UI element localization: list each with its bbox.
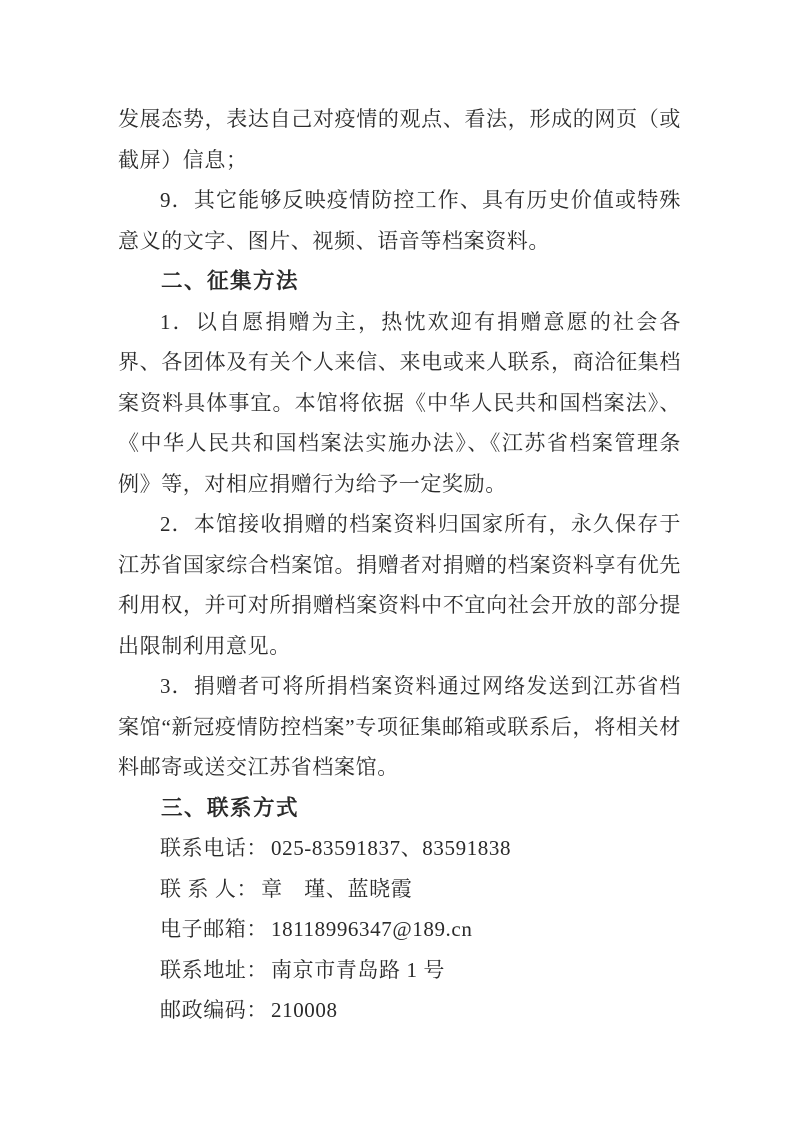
contact-line-email: 电子邮箱：18118996347@189.cn	[118, 909, 681, 950]
paragraph-item-9: 9．其它能够反映疫情防控工作、具有历史价值或特殊意义的文字、图片、视频、语音等档…	[118, 180, 681, 261]
section-heading-collection-method: 二、征集方法	[118, 261, 681, 302]
paragraph-webpage-info-continuation: 发展态势，表达自己对疫情的观点、看法，形成的网页（或截屏）信息；	[118, 99, 681, 180]
contact-value-person: 章 瑾、蓝晓霞	[261, 877, 412, 901]
paragraph-method-3: 3．捐赠者可将所捐档案资料通过网络发送到江苏省档案馆“新冠疫情防控档案”专项征集…	[118, 666, 681, 788]
contact-value-postcode: 210008	[271, 998, 338, 1022]
contact-label-email: 电子邮箱：	[160, 917, 268, 941]
document-body: 发展态势，表达自己对疫情的观点、看法，形成的网页（或截屏）信息； 9．其它能够反…	[118, 99, 681, 1031]
contact-value-address: 南京市青岛路 1 号	[271, 958, 445, 982]
contact-line-postcode: 邮政编码：210008	[118, 990, 681, 1031]
contact-label-person: 联 系 人：	[160, 877, 258, 901]
paragraph-method-2: 2．本馆接收捐赠的档案资料归国家所有，永久保存于江苏省国家综合档案馆。捐赠者对捐…	[118, 504, 681, 666]
contact-value-email: 18118996347@189.cn	[271, 917, 472, 941]
contact-label-postcode: 邮政编码：	[160, 998, 268, 1022]
paragraph-method-1: 1．以自愿捐赠为主，热忱欢迎有捐赠意愿的社会各界、各团体及有关个人来信、来电或来…	[118, 302, 681, 505]
contact-value-phone: 025-83591837、83591838	[271, 836, 511, 860]
contact-label-address: 联系地址：	[160, 958, 268, 982]
contact-label-phone: 联系电话：	[160, 836, 268, 860]
contact-line-address: 联系地址：南京市青岛路 1 号	[118, 950, 681, 991]
contact-line-person: 联 系 人：章 瑾、蓝晓霞	[118, 869, 681, 910]
contact-line-phone: 联系电话：025-83591837、83591838	[118, 828, 681, 869]
document-page: 发展态势，表达自己对疫情的观点、看法，形成的网页（或截屏）信息； 9．其它能够反…	[0, 0, 800, 1131]
section-heading-contact-info: 三、联系方式	[118, 788, 681, 829]
